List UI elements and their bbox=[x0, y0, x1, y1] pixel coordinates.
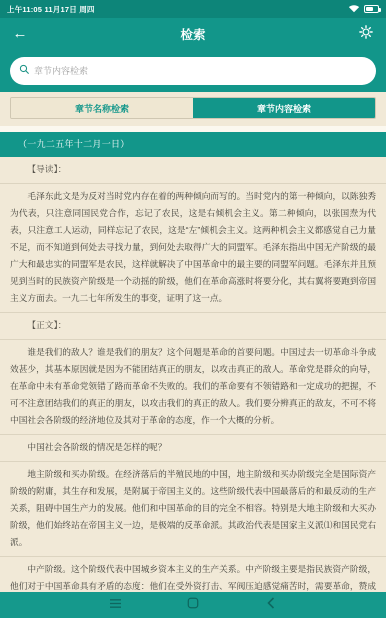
nav-inner bbox=[104, 598, 282, 612]
chevron-left-icon bbox=[267, 596, 275, 614]
tab-chapter-name-search[interactable]: 章节名称检索 bbox=[11, 98, 193, 118]
result-date-header[interactable]: （一九二五年十二月一日） bbox=[0, 132, 386, 157]
android-nav-bar bbox=[0, 592, 386, 618]
app-screen: 上午11:05 11月17日 周四 ← 检索 bbox=[0, 0, 386, 618]
app-bar: ← 检索 bbox=[0, 18, 386, 50]
magnifier-icon bbox=[19, 62, 30, 80]
result-paragraph[interactable]: 中国社会各阶级的情况是怎样的呢？ bbox=[0, 435, 386, 462]
tab-label: 章节内容检索 bbox=[257, 102, 311, 115]
status-bar: 上午11:05 11月17日 周四 bbox=[0, 0, 386, 18]
result-section-label[interactable]: 【导读】： bbox=[0, 157, 386, 184]
tab-chapter-content-search[interactable]: 章节内容检索 bbox=[193, 98, 375, 118]
status-datetime: 上午11:05 11月17日 周四 bbox=[7, 4, 95, 15]
settings-button[interactable] bbox=[346, 25, 386, 44]
result-section-label[interactable]: 【正文】： bbox=[0, 313, 386, 340]
result-paragraph[interactable]: 地主阶级和买办阶级。在经济落后的半殖民地的中国，地主阶级和买办阶级完全是国际资产… bbox=[0, 462, 386, 557]
search-mode-tabs: 章节名称检索 章节内容检索 bbox=[10, 97, 376, 119]
search-result: （一九二五年十二月一日） 【导读】： 毛泽东此文是为反对当时党内存在着的两种倾向… bbox=[0, 132, 386, 592]
back-arrow-icon: ← bbox=[13, 25, 28, 42]
tab-label: 章节名称检索 bbox=[75, 102, 129, 115]
search-strip bbox=[0, 50, 386, 92]
result-paragraph[interactable]: 中产阶级。这个阶级代表中国城乡资本主义的生产关系。中产阶级主要是指民族资产阶级，… bbox=[0, 557, 386, 592]
result-paragraph[interactable]: 毛泽东此文是为反对当时党内存在着的两种倾向而写的。当时党内的第一种倾向，以陈独秀… bbox=[0, 184, 386, 313]
battery-icon bbox=[364, 5, 379, 13]
search-box[interactable] bbox=[10, 57, 376, 85]
status-icons bbox=[348, 0, 379, 18]
page-title: 检索 bbox=[0, 25, 386, 43]
gear-icon bbox=[359, 25, 373, 44]
home-button[interactable] bbox=[182, 598, 204, 612]
wifi-icon bbox=[348, 0, 360, 18]
search-input[interactable] bbox=[34, 66, 367, 76]
recents-button[interactable] bbox=[104, 598, 126, 612]
back-nav-button[interactable] bbox=[260, 598, 282, 612]
back-button[interactable]: ← bbox=[0, 18, 40, 50]
square-icon bbox=[187, 596, 199, 614]
result-paragraph[interactable]: 谁是我们的敌人？谁是我们的朋友？这个问题是革命的首要问题。中国过去一切革命斗争成… bbox=[0, 340, 386, 435]
hamburger-icon bbox=[109, 596, 122, 614]
